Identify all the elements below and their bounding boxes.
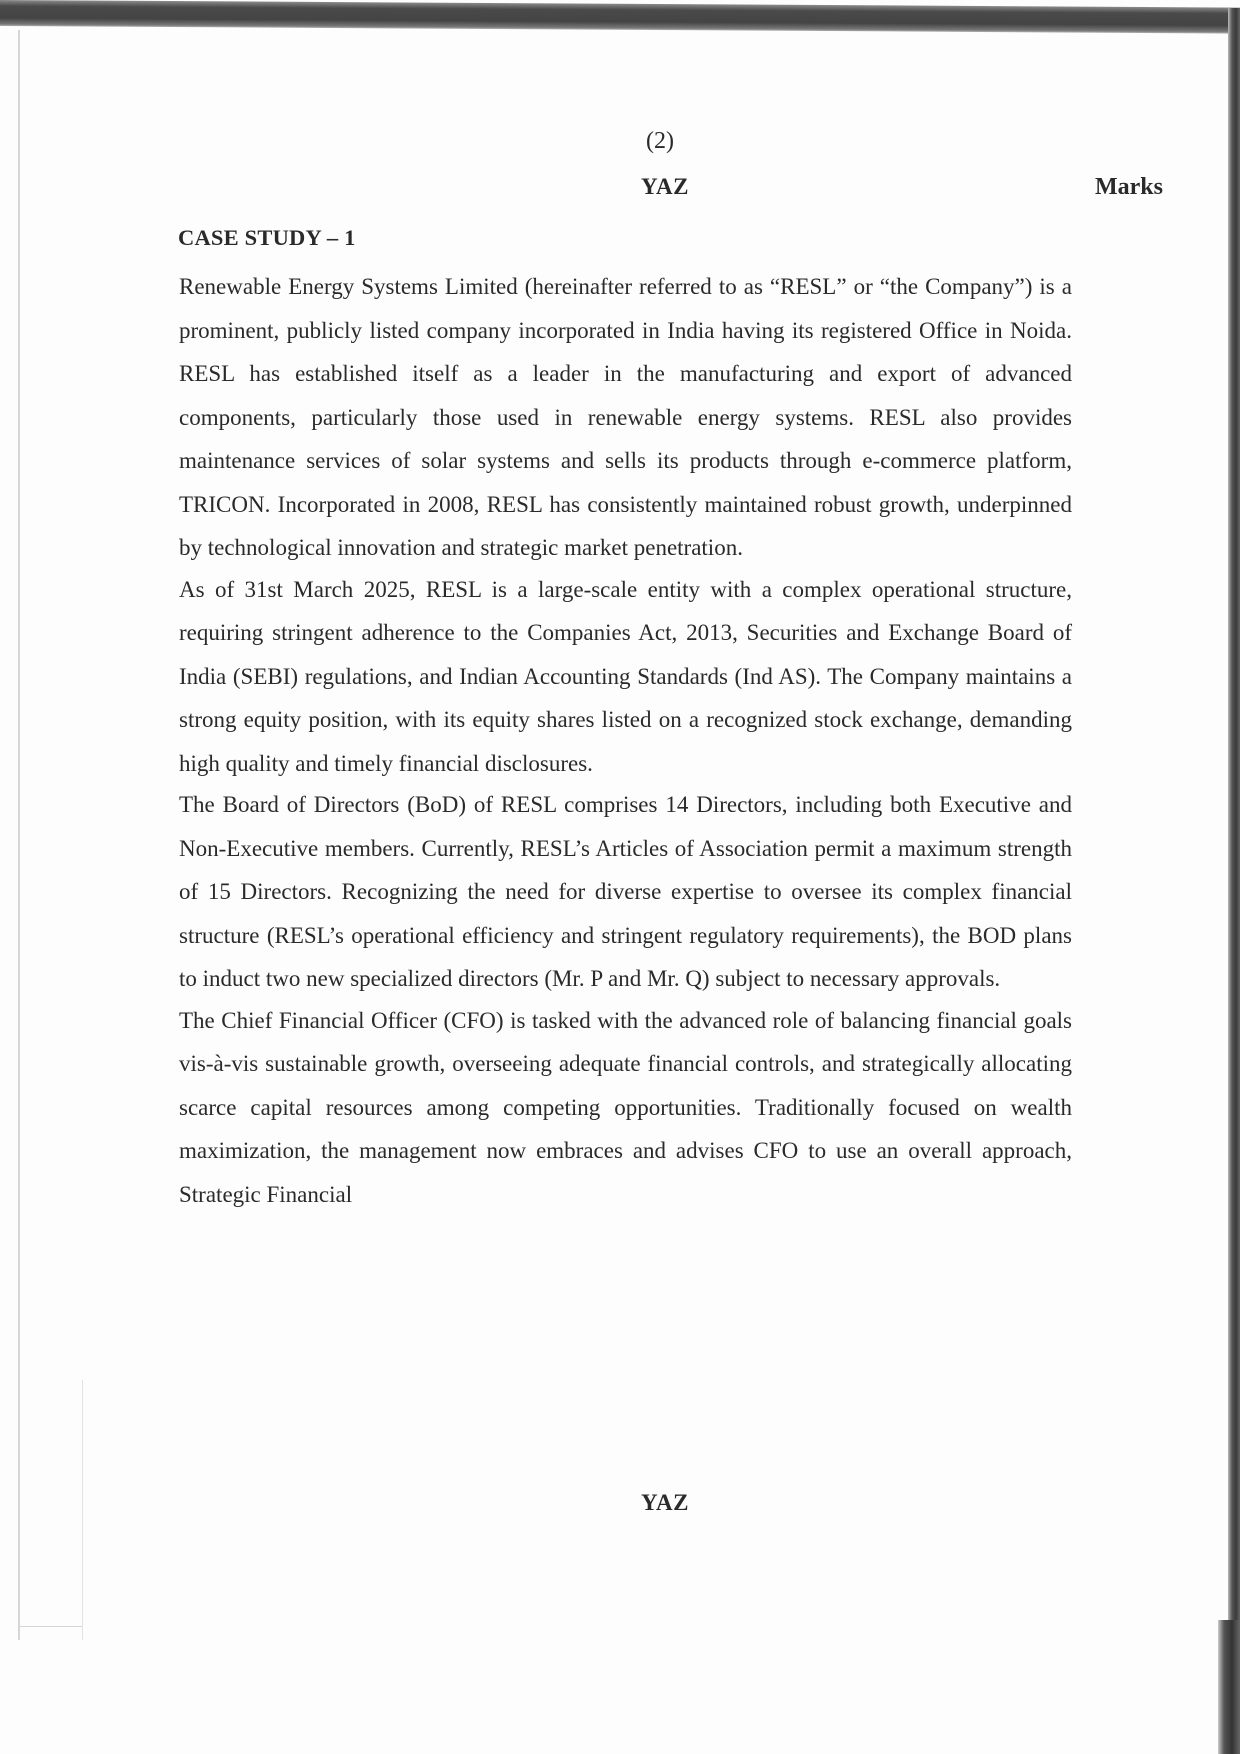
scan-top-edge (0, 0, 1240, 34)
paragraph-company-overview: Renewable Energy Systems Limited (herein… (179, 265, 1072, 570)
page-fold-base-line (20, 1626, 82, 1627)
marks-column-label: Marks (1095, 174, 1163, 201)
footer-paper-code: YAZ (0, 1490, 1240, 1516)
paragraph-board-of-directors: The Board of Directors (BoD) of RESL com… (179, 783, 1072, 1001)
paragraph-cfo-role: The Chief Financial Officer (CFO) is tas… (179, 999, 1072, 1217)
header-paper-code: YAZ (0, 174, 1240, 200)
paragraph-regulatory-position: As of 31st March 2025, RESL is a large-s… (179, 568, 1072, 786)
page-fold-line (18, 30, 20, 1640)
case-study-body: Renewable Energy Systems Limited (herein… (179, 265, 1072, 1216)
page-number: (2) (0, 128, 1240, 155)
case-study-title: CASE STUDY – 1 (178, 225, 356, 251)
scan-right-edge-shadow (1218, 1620, 1240, 1754)
